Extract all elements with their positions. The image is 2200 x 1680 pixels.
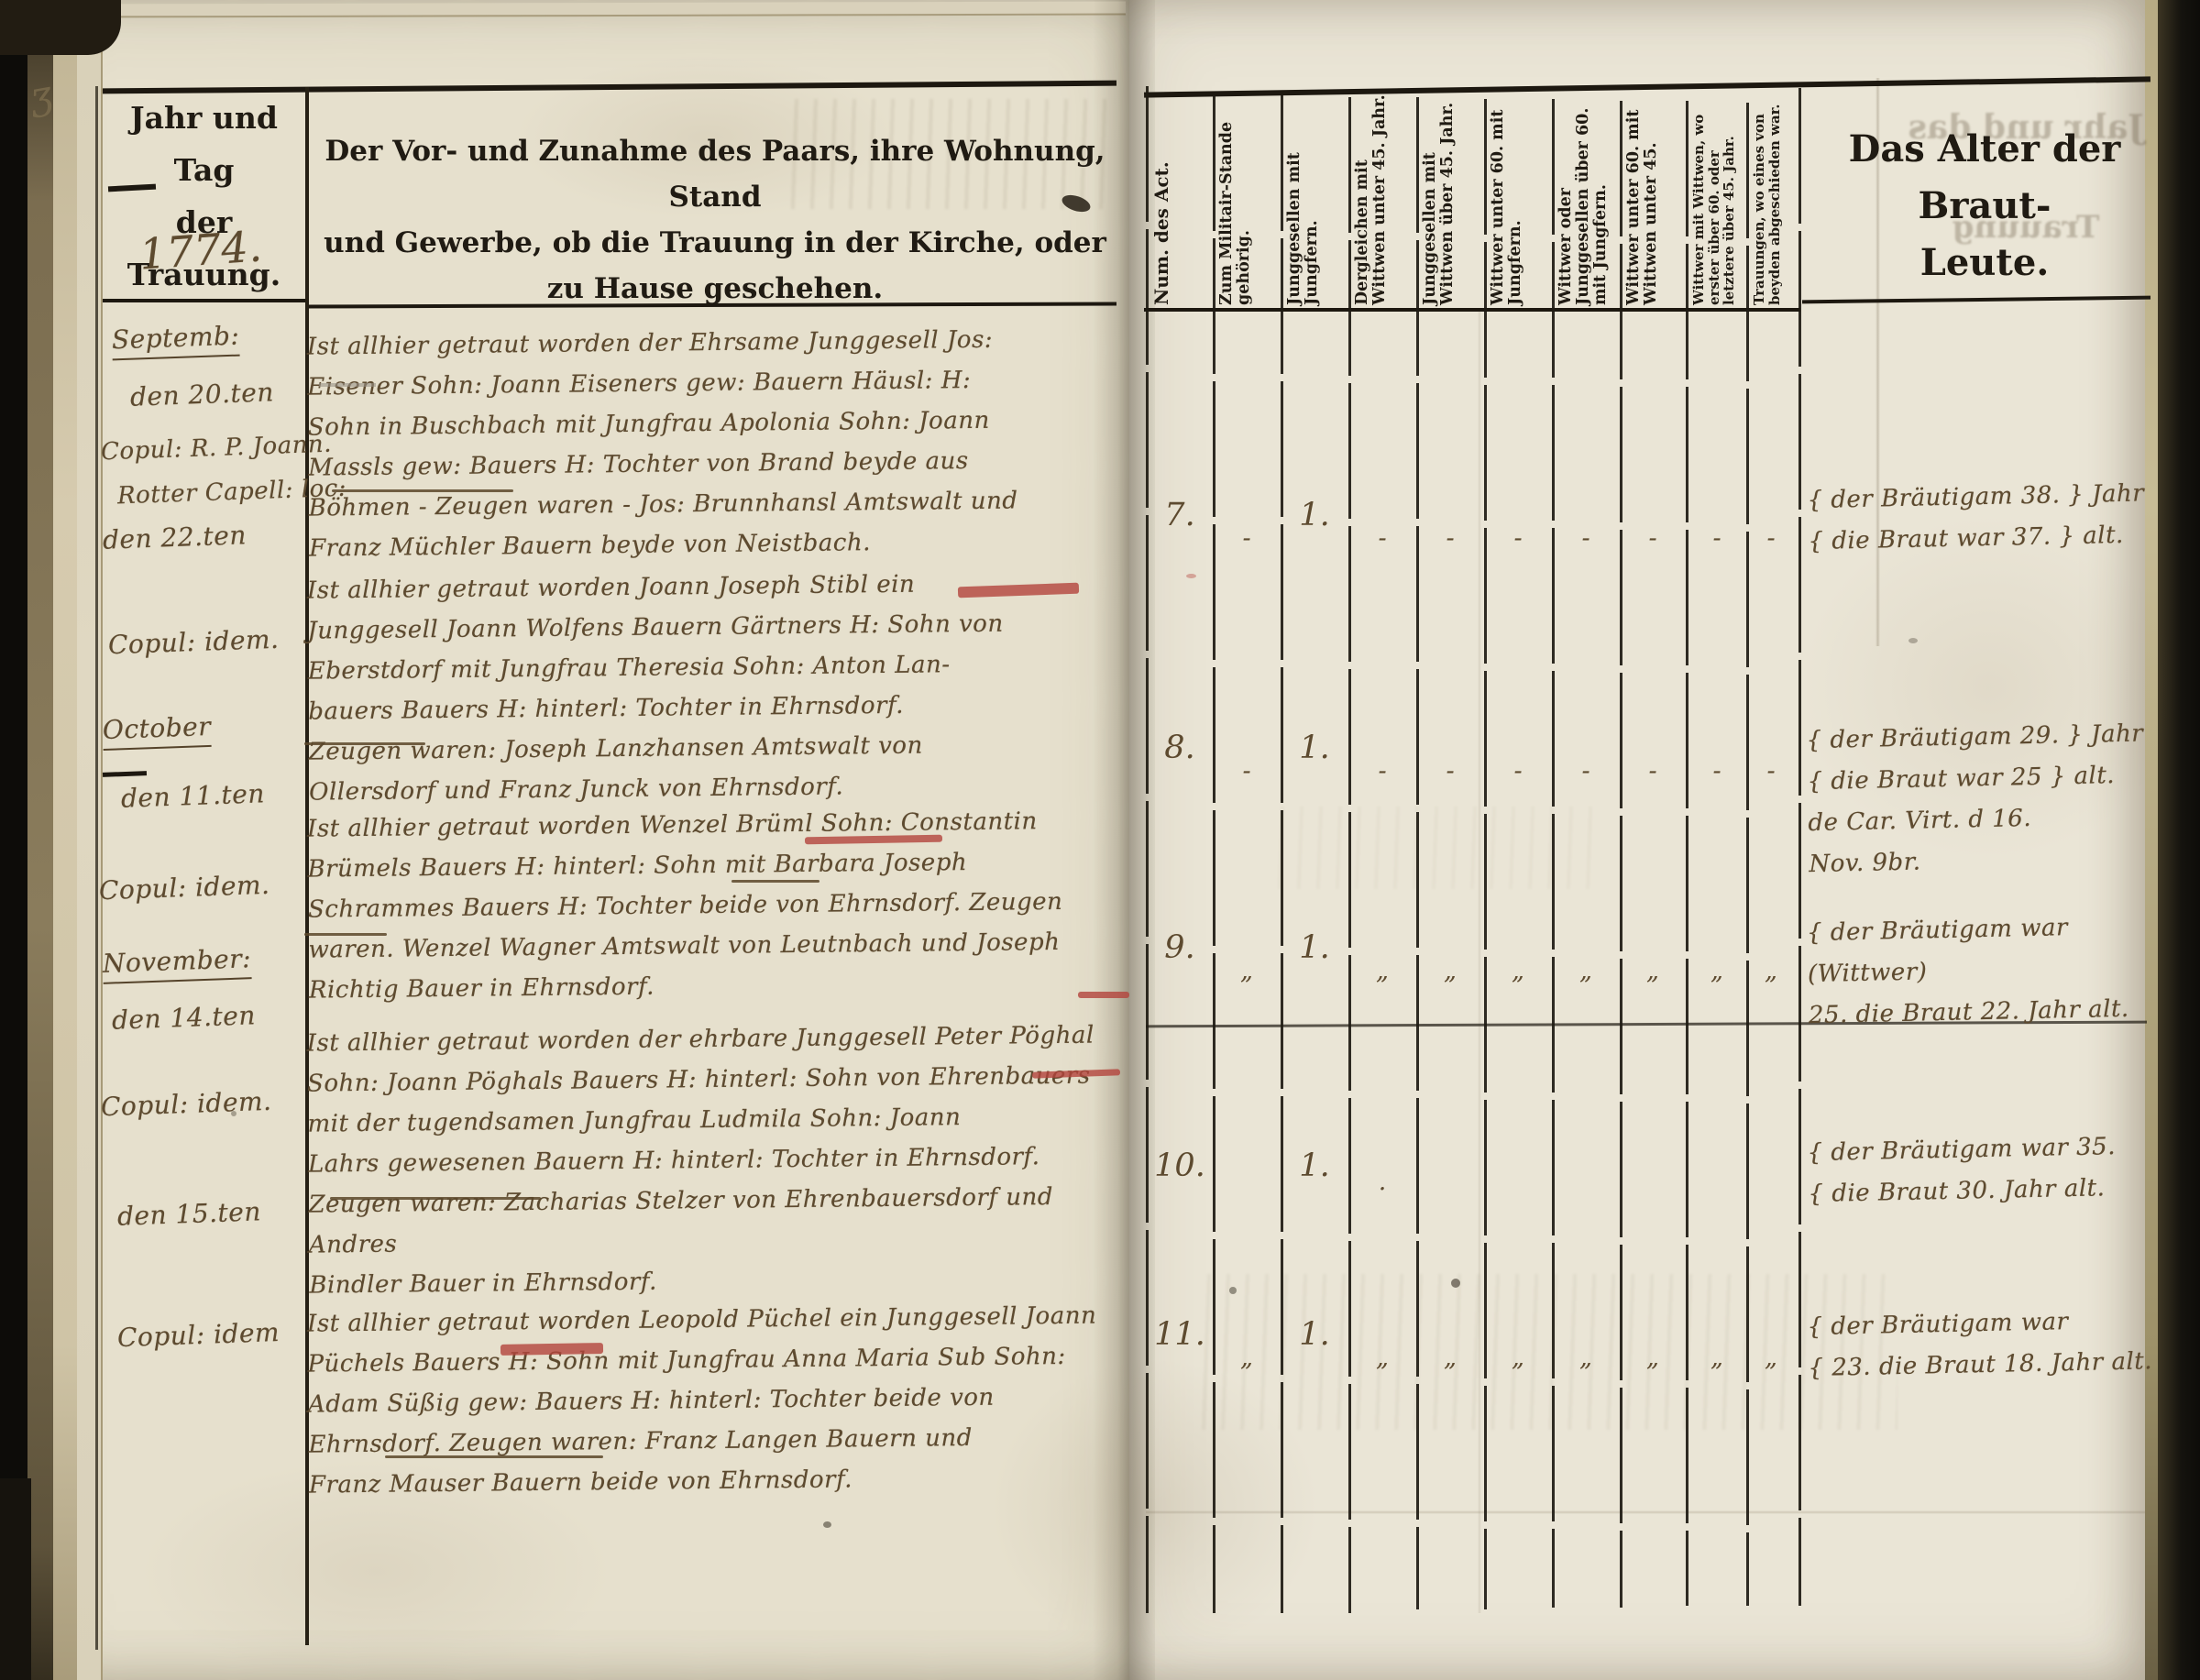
tally-cell: „ [1621, 953, 1685, 990]
ink-speck [1451, 1279, 1460, 1288]
column-rule [1416, 97, 1419, 1609]
ink-speck [823, 1521, 831, 1528]
column-rule [1146, 86, 1149, 1613]
column-rule [1746, 103, 1749, 1606]
age-entry: { der Bräutigam war (Wittwer) 25. die Br… [1807, 906, 2169, 1037]
column-rule [1552, 99, 1555, 1608]
ink-underline [731, 880, 819, 883]
record-number: 11. [1148, 1316, 1212, 1353]
record-number: 7. [1148, 497, 1212, 533]
tally-cell: 1. [1282, 497, 1347, 533]
column-rule [1348, 97, 1351, 1613]
column-header: Trauungen, wo eines von beyden abgeschie… [1752, 91, 1798, 307]
tally-cell: „ [1418, 953, 1482, 990]
margin-celebrant: Copul: idem. [107, 624, 279, 660]
column-header: Zum Militair-Stande gehörig. [1218, 91, 1281, 307]
tally-cell: „ [1215, 953, 1279, 990]
tally-cell: „ [1350, 1340, 1414, 1377]
tally-cell: „ [1554, 953, 1618, 990]
tally-cell: - [1621, 521, 1685, 557]
tally-cell: - [1418, 753, 1482, 790]
red-speck [1186, 574, 1196, 578]
record-number: 9. [1148, 929, 1212, 966]
age-column-title: Das Alter der Braut- Leute. [1824, 121, 2145, 291]
column-rule [1213, 95, 1215, 1613]
tally-cell: „ [1554, 1340, 1618, 1377]
paper-fold [1146, 1510, 2145, 1514]
marriage-record: Ist allhier getraut worden Wenzel Brüml … [307, 800, 1111, 1010]
right-colheader-rule [1144, 308, 1800, 312]
tally-cell [1554, 1171, 1618, 1208]
book-cover-corner [0, 0, 121, 55]
column-header: Num. des Act. [1151, 91, 1212, 307]
margin-day: den 22.ten [102, 520, 247, 555]
underlying-sheet-edge [110, 2, 1126, 18]
tally-cell: - [1486, 521, 1550, 557]
tally-cell [1418, 1171, 1482, 1208]
tally-cell: „ [1350, 953, 1414, 990]
column-rule [1484, 99, 1487, 1609]
tally-cell: „ [1739, 1340, 1803, 1377]
margin-month: Septemb: [111, 321, 240, 361]
tally-cell: „ [1215, 1340, 1279, 1377]
age-entry: { der Bräutigam 29. } Jahr { die Braut w… [1806, 713, 2169, 885]
ink-speck [231, 1111, 236, 1116]
tally-cell [1486, 1171, 1550, 1208]
margin-day: den 15.ten [116, 1196, 261, 1231]
page-stack-edge [27, 0, 53, 1680]
ink-underline [330, 1197, 541, 1200]
tally-cell: „ [1418, 1340, 1482, 1377]
ink-speck [1908, 638, 1918, 643]
column-header: Wittwer oder Junggesellen über 60. mit J… [1557, 91, 1620, 307]
margin-month: November: [102, 943, 251, 984]
page-stack-edge [53, 0, 77, 1680]
tally-cell: „ [1621, 1340, 1685, 1377]
ink-underline [385, 1455, 603, 1458]
tally-cell [1739, 1171, 1803, 1208]
tally-cell: - [1350, 521, 1414, 557]
column-rule [1798, 88, 1801, 1606]
tally-cell: - [1554, 521, 1618, 557]
tally-cell: - [1215, 753, 1279, 790]
left-outer-rule [95, 86, 98, 1650]
tally-cell: 1. [1282, 1316, 1347, 1353]
tally-cell: - [1215, 521, 1279, 557]
tally-cell: - [1486, 753, 1550, 790]
book-cover-corner [0, 1478, 31, 1680]
margin-day: den 14.ten [111, 1000, 256, 1035]
column-rule [1281, 95, 1283, 1613]
marriage-record: Ist allhier getraut worden Joann Joseph … [307, 562, 1112, 812]
pencil-mark [319, 383, 376, 387]
tally-cell: - [1418, 521, 1482, 557]
column-header: Junggesellen mit Wittwen über 45. Jahr. [1422, 91, 1484, 307]
tally-cell: - [1739, 521, 1803, 557]
column-header: Junggesellen mit Jungfern. [1286, 91, 1348, 307]
column-rule [1686, 101, 1688, 1606]
page-stack-edge [77, 0, 103, 1680]
marriage-record: Ist allhier getraut worden der Ehrsame J… [307, 318, 1112, 568]
tally-cell: 1. [1282, 730, 1347, 766]
age-entry: { der Bräutigam war 35. { die Braut 30. … [1807, 1125, 2168, 1215]
tally-cell: 1. [1282, 929, 1347, 966]
age-entry: { der Bräutigam 38. } Jahr { die Braut w… [1807, 473, 2168, 563]
column-header: Wittwer unter 60. mit Jungfern. [1490, 91, 1552, 307]
ink-underline [332, 489, 513, 492]
red-underline [1078, 992, 1129, 998]
margin-celebrant: Copul: idem [116, 1317, 280, 1353]
ghost-showthrough-texture [1265, 807, 1595, 889]
tally-cell [1621, 1171, 1685, 1208]
tally-cell: - [1350, 753, 1414, 790]
record-number: 10. [1148, 1147, 1212, 1184]
tally-cell: - [1621, 753, 1685, 790]
margin-day: den 20.ten [129, 377, 274, 412]
column-header: Dergleichen mit Wittwen unter 45. Jahr. [1354, 91, 1416, 307]
record-number: 8. [1148, 730, 1212, 766]
red-underline [500, 1343, 603, 1356]
tally-cell: „ [1739, 953, 1803, 990]
tally-cell: „ [1486, 1340, 1550, 1377]
tally-cell: „ [1486, 953, 1550, 990]
tally-cell: 1. [1282, 1147, 1347, 1184]
ink-underline [304, 742, 425, 745]
tally-cell: · [1350, 1171, 1414, 1208]
age-entry: { der Bräutigam war { 23. die Braut 18. … [1807, 1300, 2168, 1389]
book-scan: Jahr und das Trauung Ʒ Jahr und Tag der … [0, 0, 2200, 1680]
marriage-record: Ist allhier getraut worden der ehrbare J… [306, 1015, 1111, 1305]
year-handwritten: 1774. [137, 221, 264, 279]
column-rule [1620, 101, 1622, 1608]
margin-celebrant: Copul: idem. [98, 870, 269, 906]
ink-speck [1229, 1287, 1237, 1294]
margin-day: den 11.ten [120, 778, 265, 813]
left-col2-title: Der Vor- und Zunahme des Paars, ihre Woh… [316, 128, 1114, 312]
marriage-record: Ist allhier getraut worden Leopold Püche… [307, 1295, 1111, 1505]
column-header: Wittwer unter 60. mit Wittwen unter 45. [1625, 91, 1686, 307]
margin-celebrant: Copul: idem. [100, 1086, 271, 1122]
margin-month: October [102, 711, 211, 751]
ink-underline [304, 933, 387, 936]
tally-cell [1215, 1171, 1279, 1208]
column-header: Wittwer mit Wittwen, wo erster über 60. … [1691, 91, 1746, 307]
tally-cell: - [1739, 753, 1803, 790]
tally-cell: - [1554, 753, 1618, 790]
